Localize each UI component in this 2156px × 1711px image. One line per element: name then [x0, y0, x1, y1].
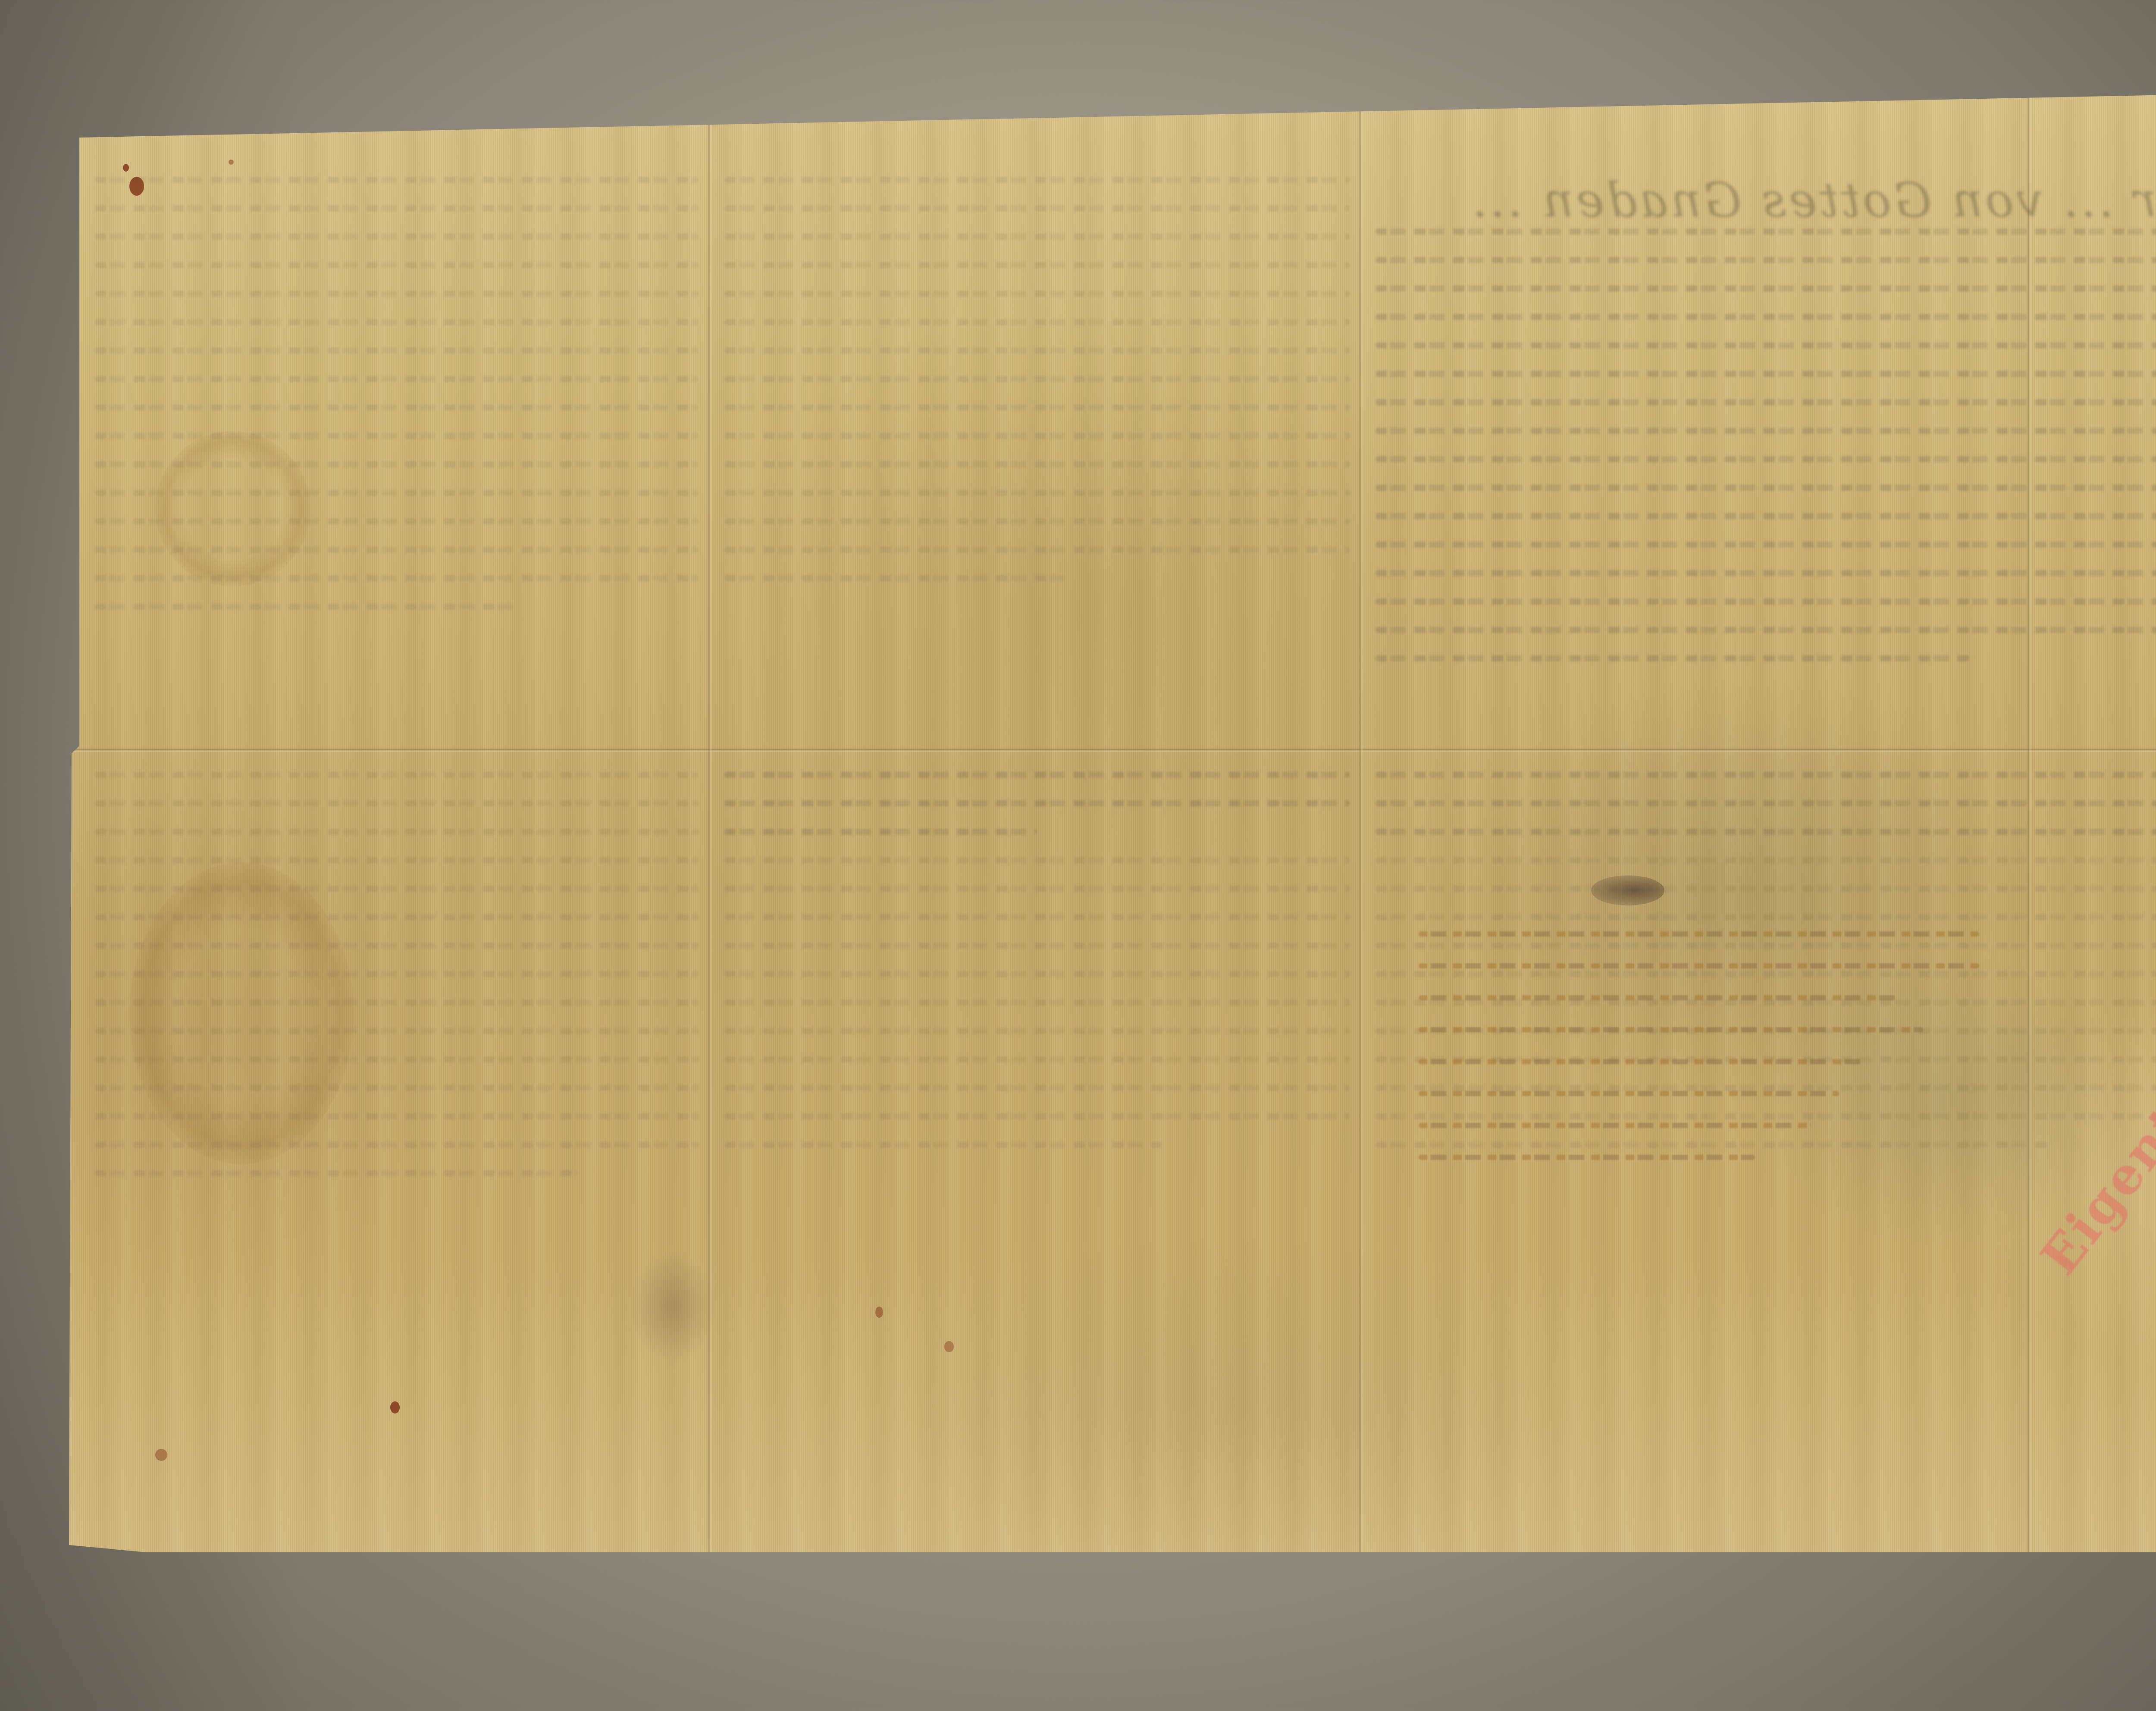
rust-spot: [229, 160, 234, 165]
rust-spot: [155, 1449, 167, 1461]
text-block-ink-entries: [1419, 931, 1979, 1187]
rust-spot: [123, 164, 129, 172]
vertical-fold-2: [1358, 86, 1363, 1552]
dirt-stain: [630, 1250, 716, 1363]
text-block-lower-left: [95, 772, 699, 1199]
mirrored-heading-bleedthrough: Wir ... von Gottes Gnaden ...: [1535, 172, 2156, 228]
text-block-upper-left: [95, 177, 699, 632]
horizontal-fold: [69, 748, 2156, 752]
text-block-upper-right: [1376, 229, 2156, 684]
text-block-upper-middle: [724, 177, 1350, 604]
rust-spot: [944, 1341, 954, 1352]
parchment-sheet: [69, 86, 2156, 1552]
rust-spot: [390, 1401, 400, 1413]
text-block-lower-middle: [724, 772, 1350, 1170]
rust-spot: [875, 1307, 883, 1318]
